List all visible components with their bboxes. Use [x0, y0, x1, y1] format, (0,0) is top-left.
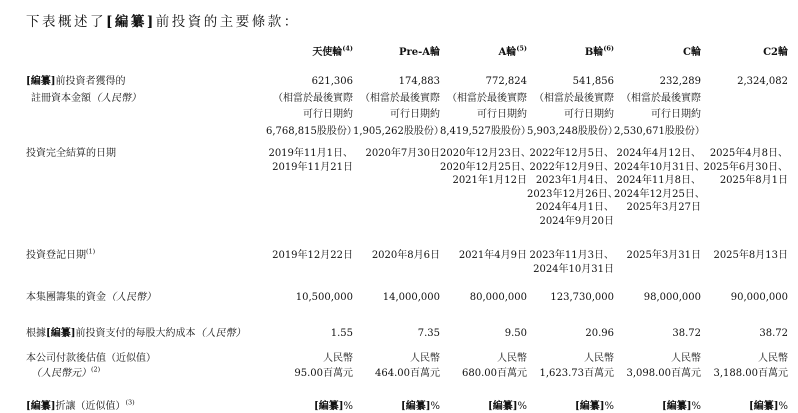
cell-line: （相當於最後實際 [266, 91, 353, 108]
cell-line: 9.50 [440, 327, 527, 341]
cell-line: 2021年4月9日 [440, 249, 527, 263]
cell-line: （相當於最後實際 [353, 91, 440, 108]
table-cell: [編纂]% [701, 381, 788, 413]
cell-line: [編纂]% [527, 400, 614, 413]
table-cell: 98,000,000 [614, 276, 701, 305]
row-label: [編纂]折讓（近似值）(3) [26, 381, 266, 413]
cell-line: 2020年7月30日 [353, 147, 440, 161]
table-cell: 2025年3月31日 [614, 228, 701, 276]
table-cell: [編纂]% [440, 381, 527, 413]
cell-line: 人民幣 [353, 351, 440, 366]
table-row-settlement-dates: 投資完全結算的日期2019年11月1日、2019年11月21日2020年7月30… [26, 140, 788, 228]
cell-line: 232,289 [614, 74, 701, 91]
cell-line: 2024年4月1日、 [527, 201, 614, 215]
cell-line: 20.96 [527, 327, 614, 341]
table-cell: 2020年7月30日 [353, 140, 440, 228]
table-cell: 1.55 [266, 305, 353, 341]
cell-line: 2020年8月6日 [353, 249, 440, 263]
cell-line: 541,856 [527, 74, 614, 91]
cell-line: 95.00百萬元 [266, 366, 353, 381]
table-cell: 232,289（相當於最後實際可行日期約2,530,671股股份） [614, 58, 701, 140]
cell-line: [編纂]% [701, 400, 788, 413]
column-header: A輪(5) [440, 30, 527, 58]
cell-line: 可行日期約 [527, 107, 614, 124]
cell-line: 2024年10月31日 [527, 263, 614, 277]
table-cell: 38.72 [614, 305, 701, 341]
table-cell: 20.96 [527, 305, 614, 341]
cell-line: 2025年8月1日 [701, 174, 788, 188]
investment-terms-table: 天使輪(4)Pre-A輪A輪(5)B輪(6)C輪C2輪 [編纂]前投資者獲得的註… [26, 30, 788, 413]
cell-line: 90,000,000 [701, 291, 788, 305]
cell-line: 2,530,671股股份） [614, 124, 701, 141]
table-cell: 人民幣95.00百萬元 [266, 340, 353, 381]
cell-line: 38.72 [614, 327, 701, 341]
table-cell: 9.50 [440, 305, 527, 341]
table-row-discount: [編纂]折讓（近似值）(3)[編纂]%[編纂]%[編纂]%[編纂]%[編纂]%[… [26, 381, 788, 413]
cell-line: 2025年3月27日 [614, 201, 701, 215]
table-cell: 621,306（相當於最後實際可行日期約6,768,815股股份） [266, 58, 353, 140]
table-cell: 2022年12月5日、2022年12月9日、2023年1月4日、2023年12月… [527, 140, 614, 228]
cell-line: 2025年3月31日 [614, 249, 701, 263]
row-label: 本公司付款後估值（近似值）（人民幣元）(2) [26, 340, 266, 381]
cell-line: 621,306 [266, 74, 353, 91]
row-label: 投資完全結算的日期 [26, 140, 266, 228]
cell-line: 174,883 [353, 74, 440, 91]
table-cell: 2020年8月6日 [353, 228, 440, 276]
row-label-line: 本集團籌集的資金（人民幣） [26, 291, 266, 305]
cell-line: 可行日期約 [440, 107, 527, 124]
row-label-line: 註冊資本金額（人民幣） [26, 91, 266, 108]
table-body: [編纂]前投資者獲得的註冊資本金額（人民幣）621,306（相當於最後實際可行日… [26, 58, 788, 413]
cell-line: 14,000,000 [353, 291, 440, 305]
cell-line: 2,324,082 [701, 74, 788, 91]
cell-line: （相當於最後實際 [440, 91, 527, 108]
table-cell: 2019年11月1日、2019年11月21日 [266, 140, 353, 228]
cell-line: 2023年12月26日、 [527, 188, 614, 202]
table-cell: 人民幣3,188.00百萬元 [701, 340, 788, 381]
cell-line: 3,188.00百萬元 [701, 366, 788, 381]
cell-line: 可行日期約 [353, 107, 440, 124]
table-cell: 14,000,000 [353, 276, 440, 305]
row-label-line: 根據[編纂]前投資支付的每股大約成本（人民幣） [26, 327, 266, 341]
row-label-line: 投資登記日期(1) [26, 249, 266, 263]
table-row-post-money-valuation: 本公司付款後估值（近似值）（人民幣元）(2)人民幣95.00百萬元人民幣464.… [26, 340, 788, 381]
cell-line: [編纂]% [266, 400, 353, 413]
cell-line: 人民幣 [440, 351, 527, 366]
cell-line: 680.00百萬元 [440, 366, 527, 381]
table-cell: 人民幣680.00百萬元 [440, 340, 527, 381]
table-cell: 90,000,000 [701, 276, 788, 305]
table-cell: 772,824（相當於最後實際可行日期約8,419,527股股份） [440, 58, 527, 140]
cell-line: 可行日期約 [266, 107, 353, 124]
table-cell: 2023年11月3日、2024年10月31日 [527, 228, 614, 276]
header-spacer [26, 30, 266, 58]
row-label: 根據[編纂]前投資支付的每股大約成本（人民幣） [26, 305, 266, 341]
column-header: 天使輪(4) [266, 30, 353, 58]
cell-line: 80,000,000 [440, 291, 527, 305]
cell-line: 7.35 [353, 327, 440, 341]
cell-line: 2024年11月8日、 [614, 174, 701, 188]
table-cell: [編纂]% [614, 381, 701, 413]
cell-line: 3,098.00百萬元 [614, 366, 701, 381]
cell-line: 2023年11月3日、 [527, 249, 614, 263]
table-row-funds-raised: 本集團籌集的資金（人民幣）10,500,00014,000,00080,000,… [26, 276, 788, 305]
cell-line: （相當於最後實際 [527, 91, 614, 108]
cell-line: 2024年10月31日、 [614, 161, 701, 175]
table-cell: 2025年4月8日、2025年6月30日、2025年8月1日 [701, 140, 788, 228]
table-cell: [編纂]% [353, 381, 440, 413]
table-row-registered-capital: [編纂]前投資者獲得的註冊資本金額（人民幣）621,306（相當於最後實際可行日… [26, 58, 788, 140]
table-cell: [編纂]% [527, 381, 614, 413]
cell-line: 1,623.73百萬元 [527, 366, 614, 381]
table-cell: 人民幣464.00百萬元 [353, 340, 440, 381]
table-row-registration-dates: 投資登記日期(1)2019年12月22日2020年8月6日2021年4月9日20… [26, 228, 788, 276]
table-cell: 7.35 [353, 305, 440, 341]
table-cell: 80,000,000 [440, 276, 527, 305]
table-cell: 2024年4月12日、2024年10月31日、2024年11月8日、2024年1… [614, 140, 701, 228]
cell-line: 2024年12月25日、 [614, 188, 701, 202]
cell-line: 2020年12月23日、 [440, 147, 527, 161]
table-cell: 人民幣1,623.73百萬元 [527, 340, 614, 381]
prospectus-page: 下表概述了[編纂]前投資的主要條款： 天使輪(4)Pre-A輪A輪(5)B輪(6… [0, 0, 798, 413]
cell-line: 人民幣 [527, 351, 614, 366]
cell-line: 2022年12月9日、 [527, 161, 614, 175]
cell-line: 2019年12月22日 [266, 249, 353, 263]
cell-line: 2020年12月25日、 [440, 161, 527, 175]
row-label-line: 投資完全結算的日期 [26, 147, 266, 161]
cell-line: 1.55 [266, 327, 353, 341]
cell-line: 2025年8月13日 [701, 249, 788, 263]
cell-line: 2023年1月4日、 [527, 174, 614, 188]
cell-line: 98,000,000 [614, 291, 701, 305]
row-label: [編纂]前投資者獲得的註冊資本金額（人民幣） [26, 58, 266, 140]
cell-line: [編纂]% [614, 400, 701, 413]
table-cell: 2,324,082 [701, 58, 788, 140]
table-row-cost-per-share: 根據[編纂]前投資支付的每股大約成本（人民幣）1.557.359.5020.96… [26, 305, 788, 341]
cell-line: 772,824 [440, 74, 527, 91]
row-label: 本集團籌集的資金（人民幣） [26, 276, 266, 305]
cell-line: 2025年4月8日、 [701, 147, 788, 161]
column-header: B輪(6) [527, 30, 614, 58]
cell-line: 2021年1月12日 [440, 174, 527, 188]
table-cell: [編纂]% [266, 381, 353, 413]
cell-line: 8,419,527股股份） [440, 124, 527, 141]
cell-line: （相當於最後實際 [614, 91, 701, 108]
cell-line: 2019年11月1日、 [266, 147, 353, 161]
cell-line: 2019年11月21日 [266, 161, 353, 175]
cell-line: [編纂]% [440, 400, 527, 413]
cell-line: 10,500,000 [266, 291, 353, 305]
table-cell: 人民幣3,098.00百萬元 [614, 340, 701, 381]
cell-line: 5,903,248股股份） [527, 124, 614, 141]
cell-line: 2025年6月30日、 [701, 161, 788, 175]
cell-line: 可行日期約 [614, 107, 701, 124]
table-header: 天使輪(4)Pre-A輪A輪(5)B輪(6)C輪C2輪 [26, 30, 788, 58]
cell-line: 6,768,815股股份） [266, 124, 353, 141]
cell-line: 2022年12月5日、 [527, 147, 614, 161]
row-label-line: 本公司付款後估值（近似值） [26, 351, 266, 366]
cell-line: 人民幣 [701, 351, 788, 366]
cell-line: 38.72 [701, 327, 788, 341]
page-title: 下表概述了[編纂]前投資的主要條款： [26, 10, 798, 30]
row-label-line: （人民幣元）(2) [26, 366, 266, 381]
cell-line: 人民幣 [614, 351, 701, 366]
table-cell: 174,883（相當於最後實際可行日期約1,905,262股股份） [353, 58, 440, 140]
column-header: C輪 [614, 30, 701, 58]
cell-line: 2024年9月20日 [527, 215, 614, 229]
cell-line: 人民幣 [266, 351, 353, 366]
cell-line: 464.00百萬元 [353, 366, 440, 381]
cell-line: 2024年4月12日、 [614, 147, 701, 161]
table-cell: 541,856（相當於最後實際可行日期約5,903,248股股份） [527, 58, 614, 140]
cell-line: [編纂]% [353, 400, 440, 413]
column-header: C2輪 [701, 30, 788, 58]
table-cell: 2025年8月13日 [701, 228, 788, 276]
table-cell: 2021年4月9日 [440, 228, 527, 276]
row-label-line: [編纂]前投資者獲得的 [26, 74, 266, 91]
table-cell: 2019年12月22日 [266, 228, 353, 276]
table-cell: 38.72 [701, 305, 788, 341]
table-cell: 10,500,000 [266, 276, 353, 305]
row-label-line: [編纂]折讓（近似值）(3) [26, 400, 266, 413]
cell-line: 123,730,000 [527, 291, 614, 305]
table-cell: 2020年12月23日、2020年12月25日、2021年1月12日 [440, 140, 527, 228]
column-header: Pre-A輪 [353, 30, 440, 58]
cell-line: 1,905,262股股份） [353, 124, 440, 141]
row-label: 投資登記日期(1) [26, 228, 266, 276]
table-cell: 123,730,000 [527, 276, 614, 305]
